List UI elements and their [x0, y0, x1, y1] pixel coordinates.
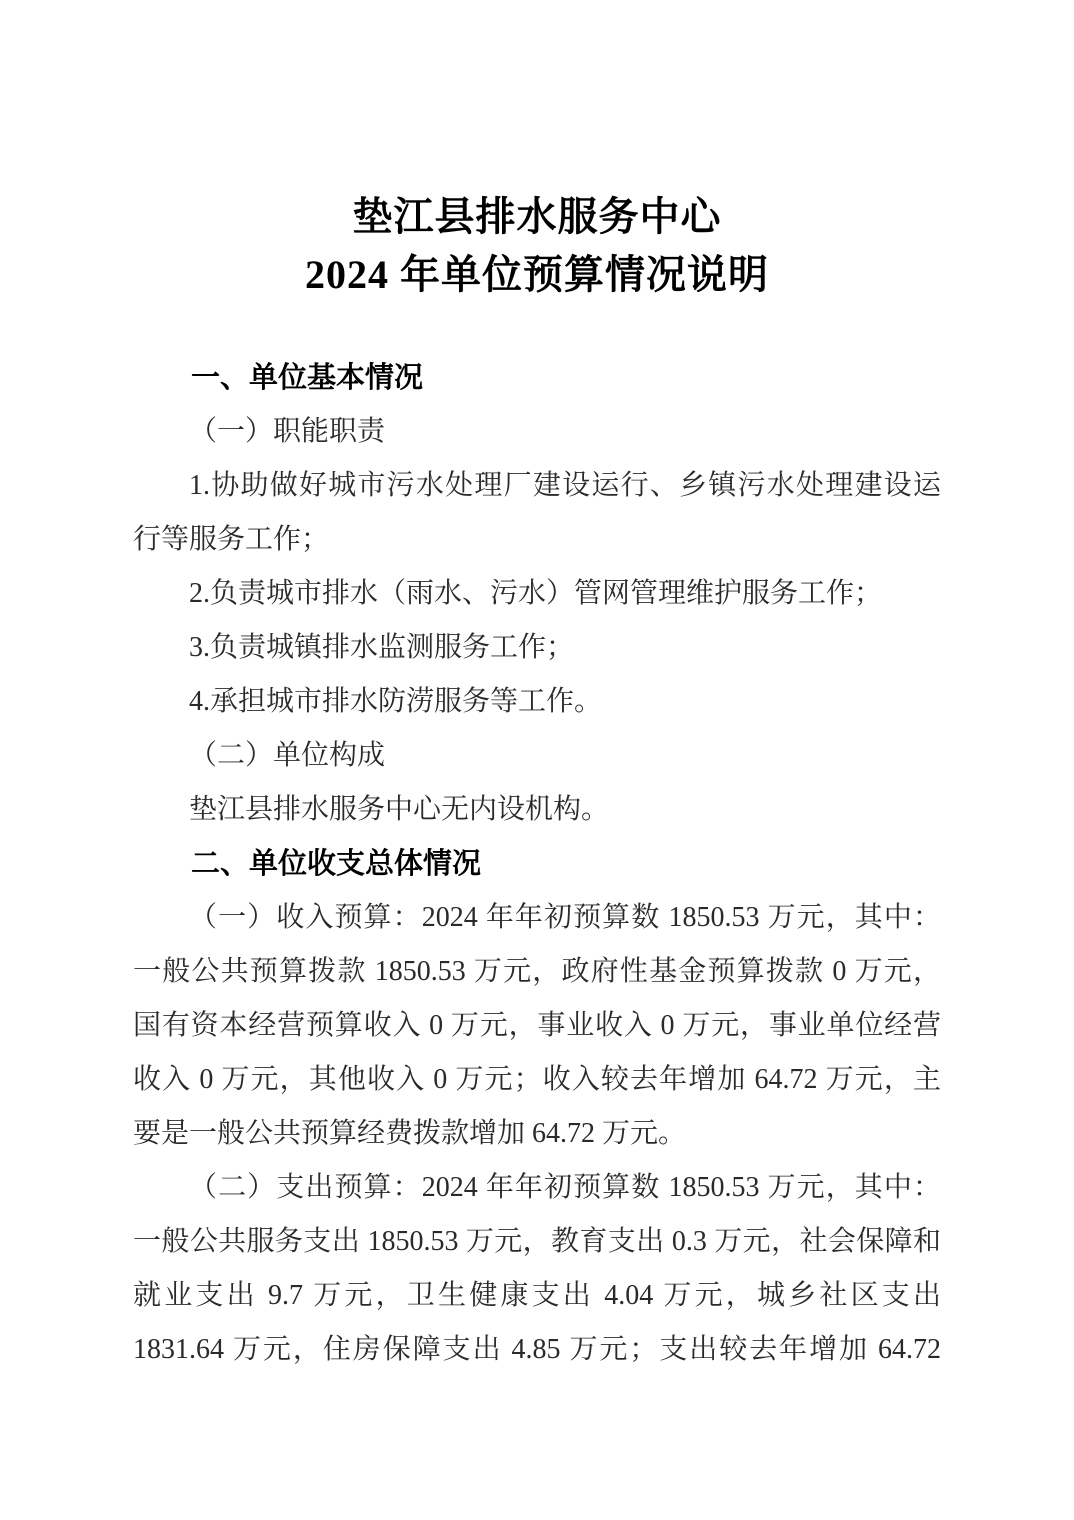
document-title: 垫江县排水服务中心 2024 年单位预算情况说明: [0, 0, 1074, 304]
revenue-paragraph-line-4: 收入 0 万元，其他收入 0 万元；收入较去年增加 64.72 万元，主: [133, 1053, 941, 1107]
section-2-heading: 二、单位收支总体情况: [133, 837, 941, 891]
duty-item-3: 3.负责城镇排水监测服务工作；: [133, 621, 941, 675]
expenditure-paragraph-line-4: 1831.64 万元，住房保障支出 4.85 万元；支出较去年增加 64.72: [133, 1323, 941, 1377]
duty-item-2: 2.负责城市排水（雨水、污水）管网管理维护服务工作；: [133, 567, 941, 621]
duty-item-4: 4.承担城市排水防涝服务等工作。: [133, 675, 941, 729]
revenue-paragraph-line-1: （一）收入预算：2024 年年初预算数 1850.53 万元，其中：: [133, 891, 941, 945]
sub-heading-duties: （一）职能职责: [133, 405, 941, 459]
section-1-heading: 一、单位基本情况: [133, 351, 941, 405]
expenditure-paragraph-line-3: 就业支出 9.7 万元，卫生健康支出 4.04 万元，城乡社区支出: [133, 1269, 941, 1323]
expenditure-paragraph-line-1: （二）支出预算：2024 年年初预算数 1850.53 万元，其中：: [133, 1161, 941, 1215]
revenue-paragraph-line-2: 一般公共预算拨款 1850.53 万元，政府性基金预算拨款 0 万元，: [133, 945, 941, 999]
composition-text: 垫江县排水服务中心无内设机构。: [133, 783, 941, 837]
document-title-line-2: 2024 年单位预算情况说明: [0, 246, 1074, 304]
duty-item-1-line-1: 1.协助做好城市污水处理厂建设运行、乡镇污水处理建设运: [133, 459, 941, 513]
duty-item-1-line-2: 行等服务工作；: [133, 513, 941, 567]
document-body: 一、单位基本情况 （一）职能职责 1.协助做好城市污水处理厂建设运行、乡镇污水处…: [133, 351, 941, 1377]
sub-heading-composition: （二）单位构成: [133, 729, 941, 783]
document-page: 垫江县排水服务中心 2024 年单位预算情况说明 一、单位基本情况 （一）职能职…: [0, 0, 1074, 1520]
document-title-line-1: 垫江县排水服务中心: [0, 188, 1074, 246]
expenditure-paragraph-line-2: 一般公共服务支出 1850.53 万元，教育支出 0.3 万元，社会保障和: [133, 1215, 941, 1269]
revenue-paragraph-line-5: 要是一般公共预算经费拨款增加 64.72 万元。: [133, 1107, 941, 1161]
revenue-paragraph-line-3: 国有资本经营预算收入 0 万元，事业收入 0 万元，事业单位经营: [133, 999, 941, 1053]
